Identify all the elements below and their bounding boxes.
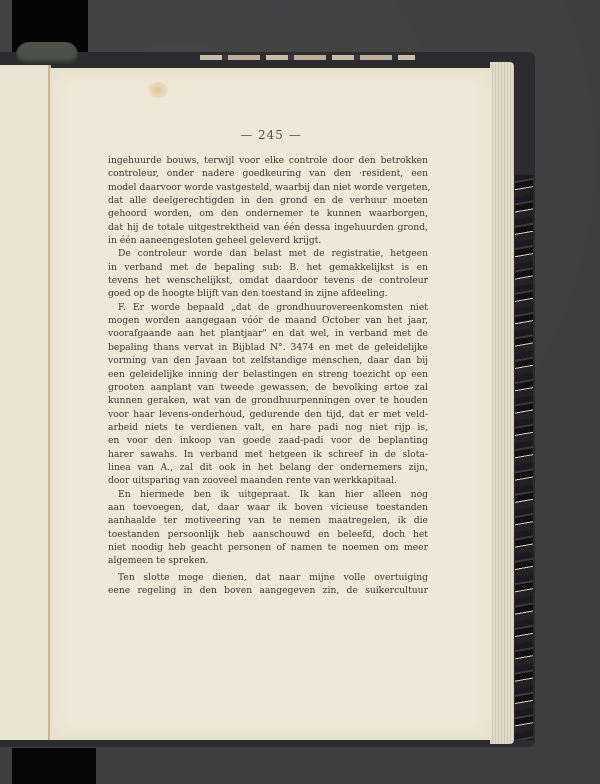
text-line: dat alle deelgerechtigden in den grond e… (108, 194, 428, 207)
text-line: En hiermede ben ik uitgepraat. Ik kan hi… (108, 488, 428, 501)
text-line: in verband met de bepaling sub: B. het g… (108, 261, 428, 274)
text-line: en voor den inkoop van goede zaad-padi v… (108, 434, 428, 447)
text-line: door uitsparing van zooveel maanden rent… (108, 474, 428, 487)
paragraph-5: Ten slotte moge dienen, dat naar mijne v… (108, 571, 428, 598)
text-line: linea van A., zal dit ook in het belang … (108, 461, 428, 474)
marbled-cover-edge (515, 175, 533, 740)
text-line: model daarvoor worde vastgesteld, waarbi… (108, 181, 428, 194)
text-line: grooten aanplant van tweede gewassen, de… (108, 381, 428, 394)
scanner-frame-bottom (12, 748, 96, 784)
text-line: vorming van den Javaan tot zelfstandige … (108, 354, 428, 367)
text-line: harer sawahs. In verband met hetgeen ik … (108, 448, 428, 461)
page-number: — 245 — (50, 128, 492, 142)
text-line: tevens het wenschelijkst, omdat daardoor… (108, 274, 428, 287)
paragraph-1: ingehuurde bouws, terwijl voor elke cont… (108, 154, 428, 247)
text-line: bepaling thans vervat in Bijblad N°. 347… (108, 341, 428, 354)
right-page: — 245 — ingehuurde bouws, terwijl voor e… (50, 68, 492, 740)
text-line: goed op de hoogte blijft van den toestan… (108, 287, 428, 300)
page-stack-edge (490, 62, 514, 744)
text-line: algemeen te spreken. (108, 554, 428, 567)
text-line: gehoord worden, om den ondernemer te kun… (108, 207, 428, 220)
text-line: aanhaalde ter motiveering van te nemen m… (108, 514, 428, 527)
text-line: controleur, onder nadere goedkeuring van… (108, 167, 428, 180)
body-text: ingehuurde bouws, terwijl voor elke cont… (108, 154, 428, 597)
text-line: ingehuurde bouws, terwijl voor elke cont… (108, 154, 428, 167)
text-line: F. Er worde bepaald „dat de grondhuurove… (108, 301, 428, 314)
text-line: De controleur worde dan belast met de re… (108, 247, 428, 260)
foxing-stain (148, 82, 168, 98)
text-line: eene regeling in den boven aangegeven zi… (108, 584, 428, 597)
text-line: mogen worden aangegaan vóór de maand Oct… (108, 314, 428, 327)
text-line: kunnen geraken, wat van de grondhuurpenn… (108, 394, 428, 407)
book-scan-scene: — 245 — ingehuurde bouws, terwijl voor e… (0, 0, 600, 784)
text-line: een geleidelijke inning der belastingen … (108, 368, 428, 381)
text-line: arbeid niets te verdienen valt, en hare … (108, 421, 428, 434)
text-line: niet noodig heb geacht personen of namen… (108, 541, 428, 554)
paragraph-2: De controleur worde dan belast met de re… (108, 247, 428, 300)
left-page (0, 65, 50, 740)
paragraph-4: En hiermede ben ik uitgepraat. Ik kan hi… (108, 488, 428, 568)
paragraph-3: F. Er worde bepaald „dat de grondhuurove… (108, 301, 428, 488)
text-line: voorafgaande aan het plantjaar" en dat w… (108, 327, 428, 340)
worn-cover-edge (200, 55, 415, 60)
text-line: Ten slotte moge dienen, dat naar mijne v… (108, 571, 428, 584)
text-line: aan toevoegen, dat, daar waar ik boven v… (108, 501, 428, 514)
text-line: voor haar levens-onderhoud, gedurende de… (108, 408, 428, 421)
page-clip (16, 42, 78, 64)
text-line: toestanden persoonlijk heb aanschouwd en… (108, 528, 428, 541)
text-line: dat hij de totale uitgestrektheid van éé… (108, 221, 428, 234)
text-line: in één aaneengesloten geheel geleverd kr… (108, 234, 428, 247)
